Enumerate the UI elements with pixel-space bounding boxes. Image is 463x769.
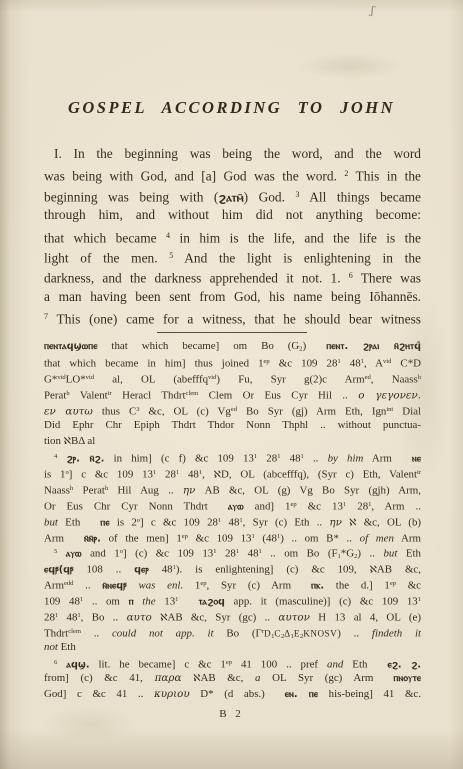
segment-text: AB &c,: [377, 564, 421, 576]
main-text-line: light of the men. 5 And the light is enl…: [44, 246, 421, 266]
segment-text: Eth: [397, 548, 421, 560]
segment-text: the d.] 1: [324, 580, 390, 592]
main-text-line: a man having been sent from God, his nam…: [44, 287, 421, 307]
segment-text: was being with God, and [a] God was the …: [44, 169, 344, 184]
apparatus-line: not Eth: [44, 640, 421, 656]
segment-text: Thdrt: [44, 627, 68, 639]
segment-text: in him] (c f) &c 109 13: [104, 453, 253, 465]
segment-heb: ℵ: [214, 470, 221, 481]
apparatus-line: Did Ephr Chr Epiph Thdrt Thdor Nonn Thph…: [44, 418, 421, 434]
segment-sc: C: [274, 628, 281, 638]
segment-text: Perat: [44, 390, 66, 402]
main-text-line: was being with God, and [a] God was the …: [44, 164, 421, 184]
segment-sup: clem: [68, 628, 81, 635]
segment-copt: ⲡⲕ.: [311, 581, 324, 592]
segment-text: 48: [341, 358, 361, 370]
segment-text: ) God.: [244, 189, 296, 204]
apparatus-line: 281 481, Bo .. αυτο ℵAB &c, Syr (gc) .. …: [44, 608, 421, 624]
segment-text: C*D: [391, 358, 421, 370]
segment-sup: vid: [86, 374, 94, 381]
segment-text: LO*: [66, 374, 86, 386]
page-title: GOSPEL ACCORDING TO JOHN: [0, 0, 463, 118]
main-text: I. In the beginning was being the word, …: [44, 144, 421, 328]
segment-text: [57, 659, 66, 671]
segment-copt: ϩⲣ. ⲛ̄ϩ.: [66, 454, 104, 465]
segment-text: (48: [255, 532, 277, 544]
segment-copt: ⲧⲁϩⲟϥ: [198, 597, 224, 608]
main-text-line: 7 This (one) came for a witness, that he…: [44, 307, 421, 327]
segment-text: D* (d abs.): [190, 688, 265, 700]
segment-sup: edd: [64, 580, 73, 587]
segment-text: 48: [58, 611, 77, 623]
segment-text: ) ..: [357, 548, 383, 560]
apparatus-line: 5 ⲁⲩⲱ and 1o] (c) &c 109 131 281 481 .. …: [44, 544, 421, 560]
segment-text: Bo (Γ: [214, 627, 262, 639]
segment-text: ] c &c 109 13: [69, 469, 153, 481]
apparatus-line: Perath Valentir Heracl Thdrtclem Clem Or…: [44, 386, 421, 402]
segment-text: lit. he became] c &c 1: [90, 659, 226, 671]
segment-text: Hil Aug ..: [108, 485, 183, 497]
segment-it: could not app. it: [112, 627, 214, 639]
segment-text: that which became] om Bo (G: [97, 340, 299, 352]
segment-text: 109 48: [44, 596, 80, 608]
segment-text: Arm: [363, 453, 392, 465]
segment-text: tion: [44, 435, 64, 447]
segment-text: , Bo ..: [81, 611, 127, 623]
apparatus-line: tion ℵBΔ al: [44, 434, 421, 450]
segment-it: of men: [360, 532, 394, 544]
segment-sc: KNOSV: [303, 628, 337, 638]
segment-it: but: [383, 548, 397, 560]
segment-text: Perat: [73, 485, 105, 497]
segment-copt: ϩⲁⲧⲙ̄: [218, 190, 243, 204]
segment-copt: ϥⲉⲣ: [134, 565, 149, 576]
segment-text: .. om Bo (F: [262, 548, 338, 560]
segment-text: H 13 al 4, OL (e): [310, 611, 421, 623]
apparatus-line: ⲉϥⲣ̄(ϥⲣ̄ 108 .. ϥⲉⲣ 481). is enlightenin…: [44, 560, 421, 576]
segment-text: al, OL (abefffq: [94, 374, 208, 386]
segment-text: Eth: [58, 641, 76, 653]
apparatus-line: 4 ϩⲣ. ⲛ̄ϩ. in him] (c f) &c 109 131 281 …: [44, 449, 421, 465]
segment-text: , Naass: [371, 374, 418, 386]
segment-text: is 1: [44, 469, 66, 481]
segment-copt: ⲛⲉ: [412, 454, 421, 465]
critical-apparatus: ⲡⲉⲛⲧⲁϥϣⲱⲡⲉ that which became] om Bo (G2)…: [44, 339, 421, 703]
segment-text: AB &c, OL (g) Vg Bo Syr (gjh) Arm,: [195, 485, 421, 497]
segment-text: [181, 672, 193, 684]
segment-copt: ⲁⲩⲱ: [228, 502, 244, 513]
segment-copt: ⲉϥⲣ̄(ϥⲣ̄: [44, 565, 74, 576]
segment-text: through him, and without him did not any…: [44, 207, 421, 222]
segment-text: 48: [179, 469, 199, 481]
segment-text: BΔ al: [71, 435, 95, 447]
segment-text: God] c &c 41 ..: [44, 688, 154, 700]
segment-text: All things became: [300, 189, 422, 204]
apparatus-line: Armⲛ̄ⲛ̄ⲣ. of the men] 1ep &c 109 131 (48…: [44, 529, 421, 545]
segment-sup: vid: [57, 374, 65, 381]
segment-text: &c 109 13: [188, 532, 252, 544]
segment-grk: αυτο: [127, 611, 152, 623]
apparatus-line: that which became in him] thus joined 1e…: [44, 354, 421, 370]
segment-it: was enl.: [138, 580, 183, 592]
segment-text: of the men] 1: [101, 532, 182, 544]
segment-text: , A: [364, 358, 383, 370]
apparatus-divider-rule: [157, 332, 307, 333]
segment-text: app. it (masculine)] (c) &c 109 13: [225, 596, 418, 608]
segment-text: This in the: [348, 169, 421, 184]
apparatus-line: Naassh Perath Hil Aug .. ην AB &c, OL (g…: [44, 481, 421, 497]
apparatus-line: 109 481 .. om ⲡ the 131ⲧⲁϩⲟϥ app. it (ma…: [44, 592, 421, 608]
segment-copt: ⲡⲉ: [100, 517, 109, 528]
segment-text: 48: [149, 564, 173, 576]
segment-text: OL Syr (gc) Arm: [260, 672, 373, 684]
segment-text: ,: [202, 469, 214, 481]
segment-copt: ⲡⲉⲛⲧⲁϥϣⲱⲡⲉ: [44, 341, 97, 352]
segment-text: ). is enlightening] (c) &c 109,: [176, 564, 370, 576]
apparatus-line: 6 ⲁϥϣ. lit. he became] c &c 1ep 41 100 .…: [44, 655, 421, 671]
segment-text: &c 109 28: [270, 358, 338, 370]
segment-text: and 1: [82, 548, 120, 560]
segment-text: 48: [239, 548, 258, 560]
segment-text: ] (c) &c 109 13: [123, 548, 213, 560]
segment-text: a man having been sent from God, his nam…: [44, 289, 421, 304]
segment-copt: ⲡⲉⲛⲧ. ϩⲣⲁⲓ ⲛ̄ϩⲏⲧϥ̄: [326, 341, 421, 352]
segment-text: thus C: [93, 405, 136, 417]
segment-text: 1: [183, 580, 200, 592]
segment-text: [127, 580, 139, 592]
segment-it: the: [142, 596, 155, 608]
segment-text: Valent: [70, 390, 108, 402]
segment-grk: ο γεγονεν.: [358, 390, 421, 402]
segment-text: is 2: [110, 516, 137, 528]
segment-text: &c, OL (c) Vg: [140, 405, 231, 417]
apparatus-line: G*vidLO*vid al, OL (abefffqvid) Fu, Syr …: [44, 370, 421, 386]
apparatus-line: Armedd .. ⲛ̄ⲛⲉϥⲣ̄ was enl. 1ep, Syr (c) …: [44, 576, 421, 592]
segment-it: not: [44, 641, 58, 653]
segment-text: 48: [221, 516, 239, 528]
segment-heb: ℵ: [370, 565, 377, 576]
segment-it: findeth it: [372, 627, 421, 639]
apparatus-line: Thdrtclem .. could not app. it Bo (ΓrD1C…: [44, 624, 421, 640]
segment-it: but: [44, 516, 58, 528]
segment-sup: 1: [175, 596, 178, 603]
segment-text: darkness, and the darkness apprehended i…: [44, 271, 349, 286]
segment-text: &c: [396, 580, 421, 592]
segment-text: from] (c) &c 41,: [44, 672, 155, 684]
apparatus-line: ⲡⲉⲛⲧⲁϥϣⲱⲡⲉ that which became] om Bo (G2)…: [44, 339, 421, 355]
segment-text: ) Fu, Syr g(2)c Arm: [216, 374, 364, 386]
segment-text: Arm: [44, 532, 64, 544]
segment-text: Clem Or Eus Cyr Hil ..: [198, 390, 358, 402]
segment-text: ..: [304, 453, 328, 465]
segment-sup: h: [418, 374, 421, 381]
segment-text: , Syr (c) Eth ..: [243, 516, 330, 528]
segment-text: This (one) came for a witness, that he s…: [48, 312, 421, 327]
segment-text: 28: [346, 501, 368, 513]
segment-sup: 1: [418, 596, 421, 603]
segment-text: 13: [156, 596, 176, 608]
scanned-book-page: ʃ GOSPEL ACCORDING TO JOHN I. In the beg…: [0, 0, 463, 769]
segment-text: his-being] 41 &c.: [318, 688, 421, 700]
segment-text: ] c &c 109 28: [140, 516, 218, 528]
apparatus-line: εν αυτω thus C3 &c, OL (c) Vged Bo Syr (…: [44, 402, 421, 418]
segment-text: Did Ephr Chr Epiph Thdrt Thdor Nonn Thph…: [44, 419, 421, 431]
apparatus-line: but Ethⲡⲉ is 2o] c &c 109 281 481, Syr (…: [44, 513, 421, 529]
segment-text: AB &c,: [200, 672, 255, 684]
segment-text: 41 100 .. pref: [232, 659, 327, 671]
main-text-line: that which became 4 in him is the life, …: [44, 226, 421, 246]
segment-text: 28: [44, 611, 55, 623]
segment-it: and: [327, 659, 343, 671]
apparatus-line: from] (c) &c 41, παρα ℵAB &c, a OL Syr (…: [44, 671, 421, 687]
segment-text: that which became: [44, 230, 166, 245]
segment-text: &c, OL (b): [356, 516, 421, 528]
segment-text: Arm: [394, 532, 421, 544]
segment-text: ) .. om B* ..: [280, 532, 359, 544]
segment-text: And the light is enlightening in the: [173, 250, 421, 265]
segment-grk: κυριου: [154, 688, 190, 700]
segment-copt: ⲛ̄ⲛⲉϥⲣ̄: [102, 581, 126, 592]
segment-text: 28: [156, 469, 176, 481]
segment-text: Arm: [44, 580, 64, 592]
segment-text: Naass: [44, 485, 70, 497]
segment-text: ..: [81, 627, 112, 639]
segment-copt: ⲉϩ. ϩ.: [387, 660, 421, 671]
segment-text: that which became in him] thus joined 1: [44, 358, 264, 370]
segment-copt: ⲁϥϣ.: [66, 660, 89, 671]
segment-text: beginning was being with (: [44, 189, 218, 204]
apparatus-line: God] c &c 41 .. κυριου D* (d abs.)ⲉⲛ. ⲡⲉ…: [44, 687, 421, 703]
main-text-line: I. In the beginning was being the word, …: [44, 144, 421, 164]
apparatus-line: Or Eus Chr Cyr Nonn Thdrtⲁⲩⲱ and] 1ep &c…: [44, 497, 421, 513]
segment-text: 108 ..: [74, 564, 135, 576]
segment-text: Eth: [58, 516, 80, 528]
segment-text: , Syr (c) Arm: [207, 580, 292, 592]
segment-text: 28: [216, 548, 235, 560]
segment-text: ) ..: [337, 627, 372, 639]
main-text-line: beginning was being with (ϩⲁⲧⲙ̄) God. 3 …: [44, 185, 421, 205]
main-text-line: darkness, and the darkness apprehended i…: [44, 266, 421, 286]
segment-text: Eth: [343, 659, 367, 671]
segment-copt: ⲡⲛⲟⲩⲧⲉ: [393, 673, 421, 684]
segment-text: &c 13: [297, 501, 343, 513]
segment-text: [134, 596, 143, 608]
segment-text: *G: [341, 548, 354, 560]
segment-copt: ⲁⲩⲱ: [66, 549, 82, 560]
segment-text: 28: [257, 453, 277, 465]
printer-signature: B 2: [0, 708, 463, 720]
segment-grk: ην: [329, 516, 342, 528]
segment-text: 48: [280, 453, 300, 465]
segment-text: .. om: [83, 596, 128, 608]
segment-text: Dial: [393, 405, 421, 417]
segment-text: G*: [44, 374, 57, 386]
segment-it: by him: [328, 453, 364, 465]
segment-grk: αυτον: [278, 611, 310, 623]
segment-text: Bo Syr (gj) Arm Eth, Ign: [237, 405, 386, 417]
segment-heb: ℵ: [64, 436, 71, 447]
segment-text: There was: [353, 271, 421, 286]
segment-text: AB &c, Syr (gc) ..: [167, 611, 278, 623]
segment-grk: εν αυτω: [44, 405, 93, 417]
segment-text: I. In the beginning was being the word, …: [54, 146, 421, 161]
segment-sup: clem: [186, 390, 199, 397]
segment-text: [57, 548, 66, 560]
segment-text: ..: [73, 580, 102, 592]
segment-text: Heracl Thdrt: [112, 390, 186, 402]
segment-text: light of the men.: [44, 250, 169, 265]
segment-copt: ⲡ: [129, 597, 134, 608]
segment-copt: ⲉⲛ. ⲡⲉ: [285, 689, 318, 700]
segment-grk: παρα: [155, 672, 182, 684]
segment-sup: ir: [417, 469, 421, 476]
segment-text: in him is the life, and the life is the: [170, 230, 421, 245]
segment-text: Or Eus Chr Cyr Nonn Thdrt: [44, 501, 208, 513]
apparatus-line: is 1o] c &c 109 131 281 481, ℵD, OL (abc…: [44, 465, 421, 481]
segment-text: ): [303, 340, 307, 352]
segment-grk: ην: [183, 485, 196, 497]
segment-copt: ⲛ̄ⲛ̄ⲣ.: [84, 533, 101, 544]
segment-text: [152, 611, 160, 623]
segment-text: D, OL (abcefffq), (Syr c) Eth, Valent: [221, 469, 417, 481]
segment-text: and] 1: [244, 501, 291, 513]
segment-text: , Arm ..: [371, 501, 421, 513]
main-text-line: through him, and without him did not any…: [44, 205, 421, 225]
